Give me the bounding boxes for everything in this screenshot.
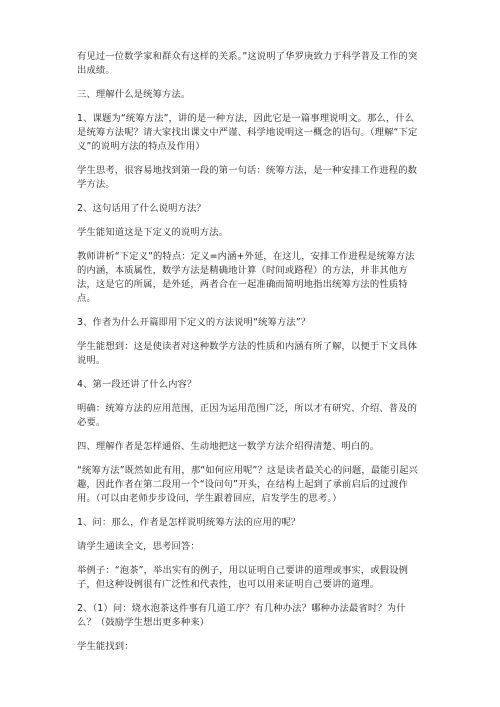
question: 2、（1）问：烧水泡茶这件事有几道工序？有几种办法？哪种办法最省时？为什么？（鼓… — [77, 602, 422, 630]
document-page: 有见过一位数学家和群众有这样的关系。”这说明了华罗庚致力于科学普及工作的突出成绩… — [77, 50, 422, 654]
paragraph: 学生能找到： — [77, 640, 422, 654]
paragraph: “统筹方法”既然如此有用，那“如何应用呢”？这是读者最关心的问题，最能引起兴趣，… — [77, 464, 422, 506]
section-heading: 三、理解什么是统筹方法。 — [77, 88, 422, 102]
question: 3、作者为什么开篇即用下定义的方法说明“统筹方法”？ — [77, 316, 422, 330]
paragraph: 有见过一位数学家和群众有这样的关系。”这说明了华罗庚致力于科学普及工作的突出成绩… — [77, 50, 422, 78]
section-heading: 四、理解作者是怎样通俗、生动地把这一数学方法介绍得清楚、明白的。 — [77, 440, 422, 454]
paragraph: 请学生通读全文，思考回答： — [77, 540, 422, 554]
paragraph: 学生能想到：这是使读者对这种数学方法的性质和内涵有所了解，以便于下文具体说明。 — [77, 340, 422, 368]
paragraph: 举例子：“泡茶”，举出实有的例子，用以证明自己要讲的道理或事实，或假设例子，但这… — [77, 564, 422, 592]
question: 4、第一段还讲了什么内容？ — [77, 378, 422, 392]
paragraph: 学生思考，很容易地找到第一段的第一句话：统筹方法，是一种安排工作进程的数学方法。 — [77, 164, 422, 192]
paragraph: 明确：统筹方法的应用范围，正因为运用范围广泛，所以才有研究、介绍、普及的必要。 — [77, 402, 422, 430]
paragraph: 学生能知道这是下定义的说明方法。 — [77, 226, 422, 240]
question: 1、课题为“统筹方法”，讲的是一种方法，因此它是一篇事理说明文。那么，什么是统筹… — [77, 112, 422, 154]
question: 2、这句话用了什么说明方法？ — [77, 202, 422, 216]
question: 1、问：那么，作者是怎样说明统筹方法的应用的呢？ — [77, 516, 422, 530]
paragraph: 教师讲析“下定义”的特点：定义=内涵+外延，在这儿，安排工作进程是统筹方法的内涵… — [77, 250, 422, 306]
